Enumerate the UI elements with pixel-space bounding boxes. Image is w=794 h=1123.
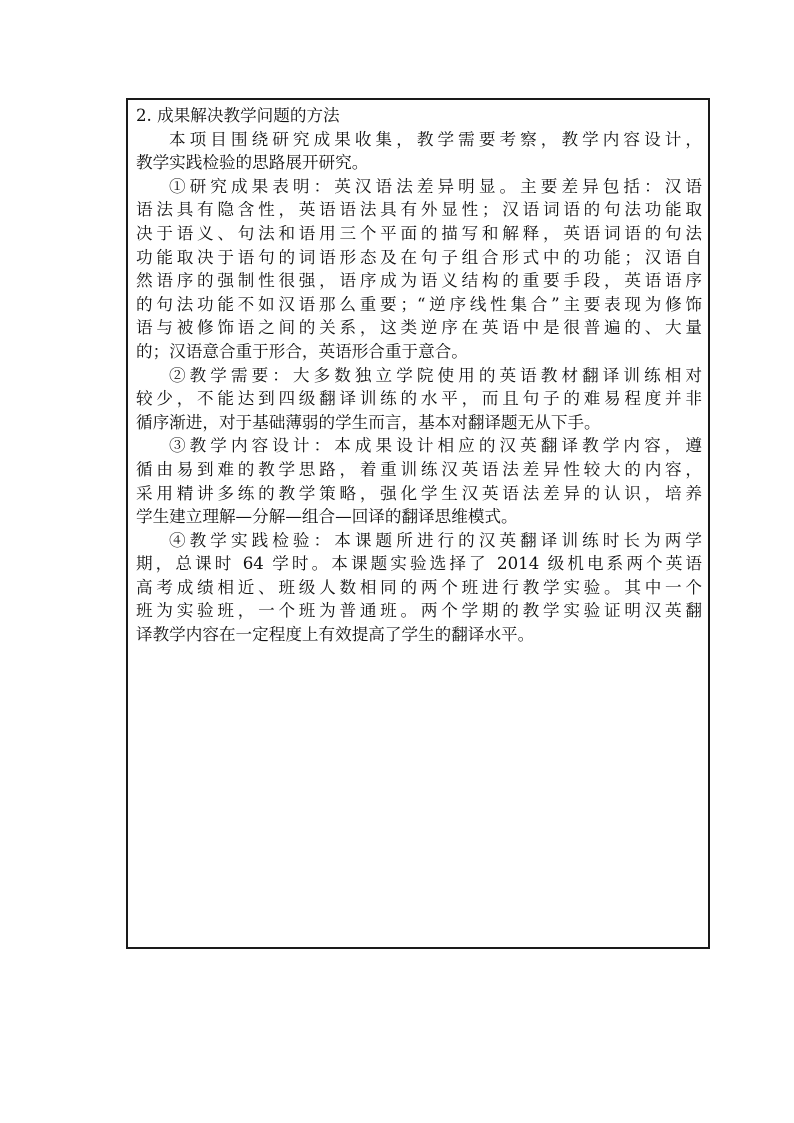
paragraph-line: ②教学需要：大多数独立学院使用的英语教材翻译训练相对 [136, 364, 702, 388]
paragraph-line: 循序渐进，对于基础薄弱的学生而言，基本对翻译题无从下手。 [136, 411, 702, 435]
document-body: 2. 成果解决教学问题的方法 本项目围绕研究成果收集，教学需要考察，教学内容设计… [136, 104, 702, 647]
paragraph-line: ④教学实践检验：本课题所进行的汉英翻译训练时长为两学 [136, 529, 702, 553]
paragraph-line: 本项目围绕研究成果收集，教学需要考察，教学内容设计， [136, 128, 702, 152]
paragraph-line: 语法具有隐含性，英语语法具有外显性；汉语词语的句法功能取 [136, 198, 702, 222]
paragraph-line: 功能取决于语句的词语形态及在句子组合形式中的功能；汉语自 [136, 246, 702, 270]
paragraph-content-design: ③教学内容设计：本成果设计相应的汉英翻译教学内容，遵 循由易到难的教学思路，着重… [136, 434, 702, 528]
paragraph-line: 班为实验班，一个班为普通班。两个学期的教学实验证明汉英翻 [136, 599, 702, 623]
paragraph-line: 的句法功能不如汉语那么重要；“逆序线性集合”主要表现为修饰 [136, 293, 702, 317]
paragraph-line: 译教学内容在一定程度上有效提高了学生的翻译水平。 [136, 623, 702, 647]
paragraph-line: 采用精讲多练的教学策略，强化学生汉英语法差异的认识，培养 [136, 482, 702, 506]
paragraph-intro: 本项目围绕研究成果收集，教学需要考察，教学内容设计， 教学实践检验的思路展开研究… [136, 128, 702, 175]
paragraph-line: 高考成绩相近、班级人数相同的两个班进行教学实验。其中一个 [136, 576, 702, 600]
paragraph-line: 语与被修饰语之间的关系，这类逆序在英语中是很普遍的、大量 [136, 316, 702, 340]
content-box: 2. 成果解决教学问题的方法 本项目围绕研究成果收集，教学需要考察，教学内容设计… [126, 98, 710, 949]
paragraph-line: 循由易到难的教学思路，着重训练汉英语法差异性较大的内容， [136, 458, 702, 482]
paragraph-research-findings: ①研究成果表明：英汉语法差异明显。主要差异包括：汉语 语法具有隐含性，英语语法具… [136, 175, 702, 364]
section-heading: 2. 成果解决教学问题的方法 [136, 104, 702, 128]
paragraph-line: 学生建立理解—分解—组合—回译的翻译思维模式。 [136, 505, 702, 529]
paragraph-practice-verification: ④教学实践检验：本课题所进行的汉英翻译训练时长为两学 期，总课时 64 学时。本… [136, 529, 702, 647]
paragraph-line: 决于语义、句法和语用三个平面的描写和解释，英语词语的句法 [136, 222, 702, 246]
paragraph-line: 期，总课时 64 学时。本课题实验选择了 2014 级机电系两个英语 [136, 552, 702, 576]
paragraph-line: 教学实践检验的思路展开研究。 [136, 151, 702, 175]
paragraph-teaching-needs: ②教学需要：大多数独立学院使用的英语教材翻译训练相对 较少，不能达到四级翻译训练… [136, 364, 702, 435]
paragraph-line: ①研究成果表明：英汉语法差异明显。主要差异包括：汉语 [136, 175, 702, 199]
paragraph-line: 较少，不能达到四级翻译训练的水平，而且句子的难易程度并非 [136, 387, 702, 411]
paragraph-line: ③教学内容设计：本成果设计相应的汉英翻译教学内容，遵 [136, 434, 702, 458]
paragraph-line: 然语序的强制性很强，语序成为语义结构的重要手段，英语语序 [136, 269, 702, 293]
paragraph-line: 的；汉语意合重于形合，英语形合重于意合。 [136, 340, 702, 364]
